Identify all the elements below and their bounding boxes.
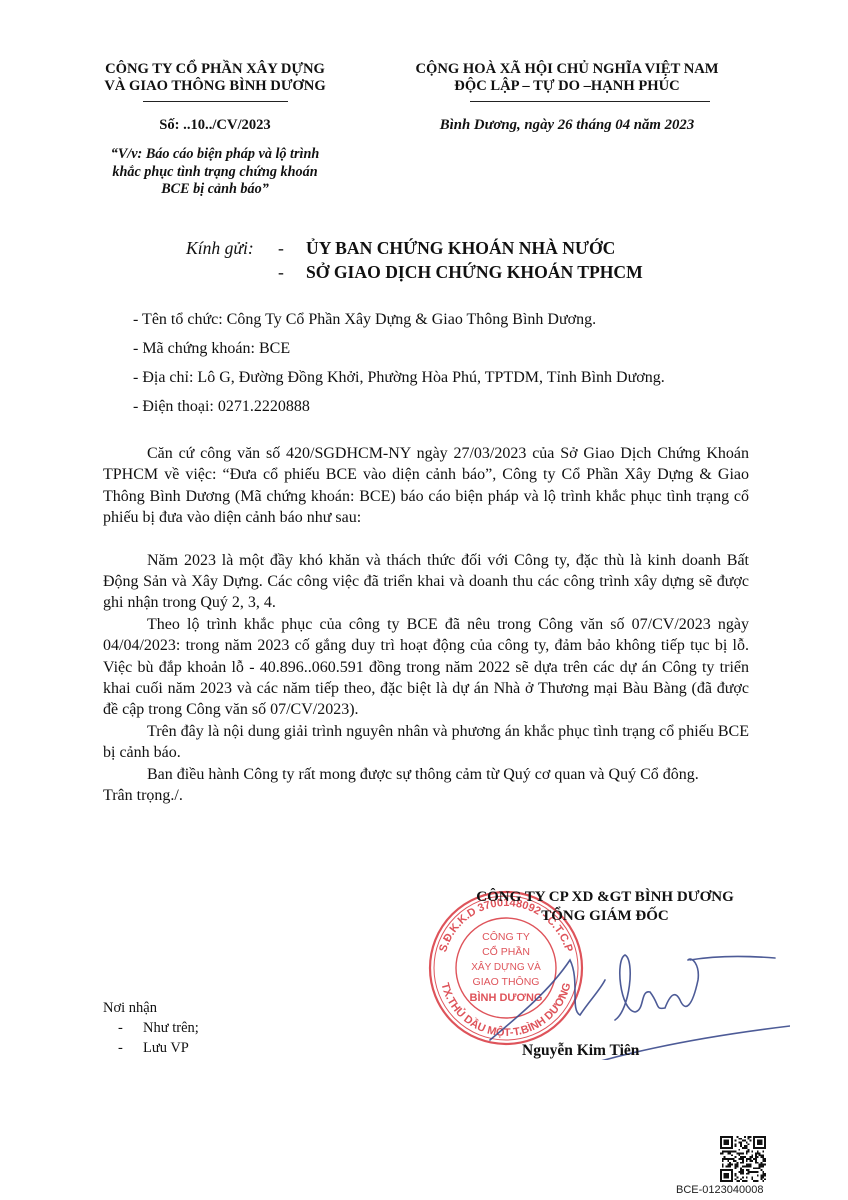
info-item: - Tên tổ chức: Công Ty Cổ Phần Xây Dựng … xyxy=(133,305,665,334)
info-item: - Địa chỉ: Lô G, Đường Đồng Khởi, Phường… xyxy=(133,363,665,392)
recipient-row: - SỞ GIAO DỊCH CHỨNG KHOÁN TPHCM xyxy=(186,260,643,284)
signer-name: Nguyễn Kim Tiên xyxy=(522,1042,639,1060)
handwritten-signature xyxy=(430,920,790,1060)
document-number: Số: ..10../CV/2023 xyxy=(100,117,330,134)
paragraph: Ban điều hành Công ty rất mong được sự t… xyxy=(103,764,749,785)
nation-title: CỘNG HOÀ XÃ HỘI CHỦ NGHĨA VIỆT NAM xyxy=(400,61,734,78)
paragraph: Theo lộ trình khắc phục của công ty BCE … xyxy=(103,614,749,721)
signer-organization: CÔNG TY CP XD &GT BÌNH DƯƠNG xyxy=(430,888,780,907)
header-divider xyxy=(470,101,710,102)
recipients: Kính gửi: - ỦY BAN CHỨNG KHOÁN NHÀ NƯỚC … xyxy=(186,236,643,284)
qr-code-icon xyxy=(720,1136,766,1182)
document-code: BCE-0123040008 xyxy=(676,1184,763,1196)
receiver-item: -Như trên; xyxy=(103,1018,199,1038)
national-header: CỘNG HOÀ XÃ HỘI CHỦ NGHĨA VIỆT NAM ĐỘC L… xyxy=(400,61,750,134)
letter-body: Căn cứ công văn số 420/SGDHCM-NY ngày 27… xyxy=(103,443,749,807)
company-name-line1: CÔNG TY CỔ PHẦN XÂY DỰNG xyxy=(100,61,330,78)
dash: - xyxy=(278,236,306,260)
dash: - xyxy=(278,260,306,284)
receiver-item: -Lưu VP xyxy=(103,1038,199,1058)
paragraph: Căn cứ công văn số 420/SGDHCM-NY ngày 27… xyxy=(103,443,749,529)
subject-line: BCE bị cảnh báo” xyxy=(100,181,330,199)
place-date: Bình Dương, ngày 26 tháng 04 năm 2023 xyxy=(400,117,734,134)
receivers-label: Nơi nhận xyxy=(103,998,199,1018)
recipient-row: Kính gửi: - ỦY BAN CHỨNG KHOÁN NHÀ NƯỚC xyxy=(186,236,643,260)
subject-line: “V/v: Báo cáo biện pháp và lộ trình xyxy=(100,146,330,164)
closing: Trân trọng./. xyxy=(103,785,749,806)
info-item: - Điện thoại: 0271.2220888 xyxy=(133,392,665,421)
company-name-line2: VÀ GIAO THÔNG BÌNH DƯƠNG xyxy=(100,78,330,95)
nation-motto: ĐỘC LẬP – TỰ DO –HẠNH PHÚC xyxy=(400,78,734,95)
subject: “V/v: Báo cáo biện pháp và lộ trình khắc… xyxy=(100,146,330,199)
organization-info: - Tên tổ chức: Công Ty Cổ Phần Xây Dựng … xyxy=(133,305,665,421)
header-divider xyxy=(143,101,288,102)
paragraph: Trên đây là nội dung giải trình nguyên n… xyxy=(103,721,749,764)
info-item: - Mã chứng khoán: BCE xyxy=(133,334,665,363)
issuer-header: CÔNG TY CỔ PHẦN XÂY DỰNG VÀ GIAO THÔNG B… xyxy=(100,61,330,199)
paragraph: Năm 2023 là một đầy khó khăn và thách th… xyxy=(103,550,749,614)
receivers: Nơi nhận -Như trên; -Lưu VP xyxy=(103,998,199,1058)
subject-line: khắc phục tình trạng chứng khoán xyxy=(100,164,330,182)
recipients-label: Kính gửi: xyxy=(186,236,278,260)
recipient-item: ỦY BAN CHỨNG KHOÁN NHÀ NƯỚC xyxy=(306,236,615,260)
recipient-item: SỞ GIAO DỊCH CHỨNG KHOÁN TPHCM xyxy=(306,260,643,284)
